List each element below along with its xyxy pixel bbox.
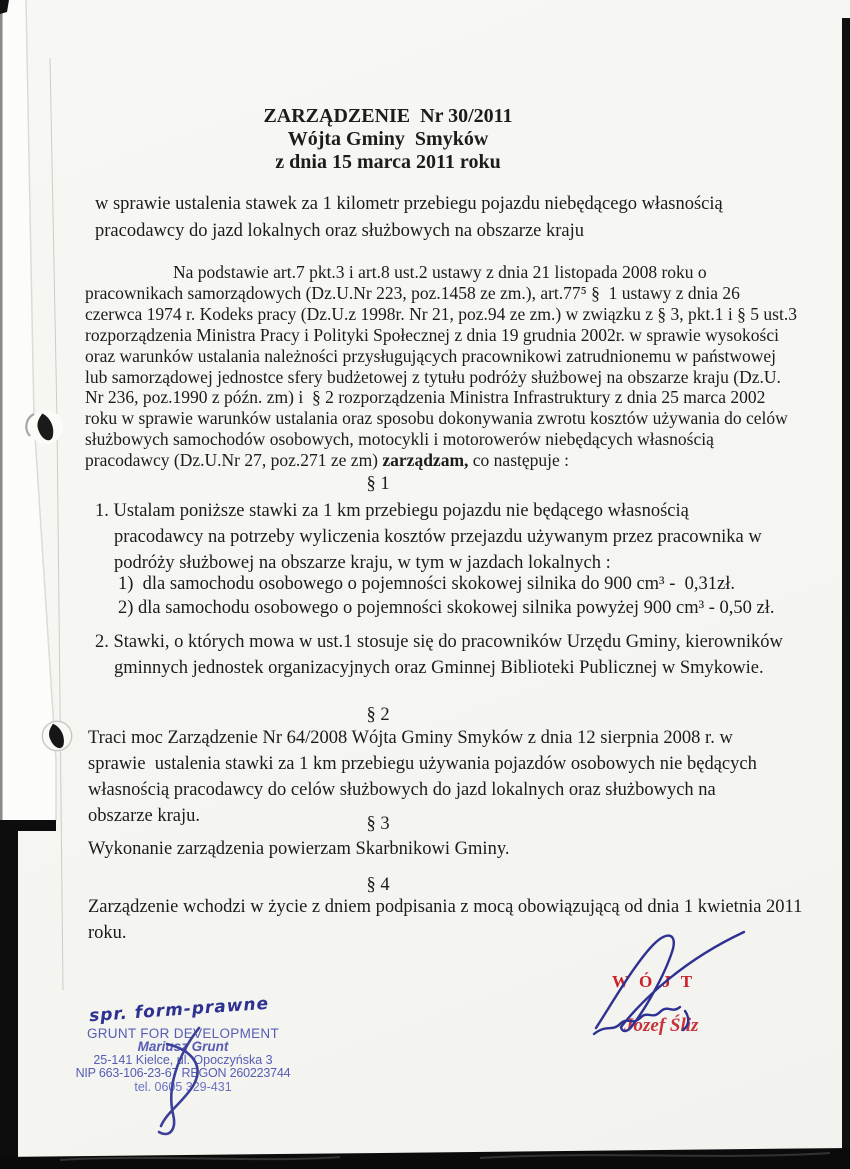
section-1-mark: § 1: [88, 474, 668, 494]
scanned-document-page: ZARZĄDZENIE Nr 30/2011 Wójta Gminy Smykó…: [0, 0, 850, 1169]
section-1-subitem-2: 2) dla samochodu osobowego o pojemności …: [118, 595, 818, 621]
section-1-item-2: 2. Stawki, o których mowa w ust.1 stosuj…: [95, 629, 814, 681]
scanner-edge-left-bottom: [0, 820, 56, 1169]
title-line-number: ZARZĄDZENIE Nr 30/2011: [88, 105, 688, 128]
subject-line: w sprawie ustalenia stawek za 1 kilometr…: [95, 191, 785, 244]
section-1-item-1: 1. Ustalam poniższe stawki za 1 km przeb…: [95, 498, 769, 576]
section-2-mark: § 2: [88, 705, 668, 725]
legal-basis-text: Na podstawie art.7 pkt.3 i art.8 ust.2 u…: [85, 262, 801, 470]
paper-crease-line: [50, 58, 63, 990]
signature-ink: [582, 920, 760, 1048]
section-3-text: Wykonanie zarządzenia powierzam Skarbnik…: [88, 836, 783, 862]
section-3-mark: § 3: [88, 814, 668, 834]
title-line-date: z dnia 15 marca 2011 roku: [88, 151, 688, 174]
reviewer-stamp-block: spr. form-prawne GRUNT FOR DEVELOPMENT M…: [85, 1002, 281, 1142]
section-1-subitem-1: 1) dla samochodu osobowego o pojemności …: [118, 571, 818, 597]
decree-word: zarządzam,: [382, 450, 468, 470]
legal-basis-paragraph: Na podstawie art.7 pkt.3 i art.8 ust.2 u…: [85, 262, 799, 471]
scanner-edge-right: [842, 18, 850, 1169]
scanner-edge-left-sliver: [0, 0, 3, 820]
stamp-signature-ink: [137, 1026, 237, 1138]
document-title: ZARZĄDZENIE Nr 30/2011 Wójta Gminy Smykó…: [88, 105, 688, 174]
decree-tail: co następuje :: [473, 450, 569, 470]
title-line-issuer: Wójta Gminy Smyków: [88, 128, 688, 151]
signature-block: WÓJT Józef Śliz: [582, 928, 760, 1048]
section-4-mark: § 4: [88, 875, 668, 895]
hole-punch-mark-bottom: [42, 721, 71, 750]
